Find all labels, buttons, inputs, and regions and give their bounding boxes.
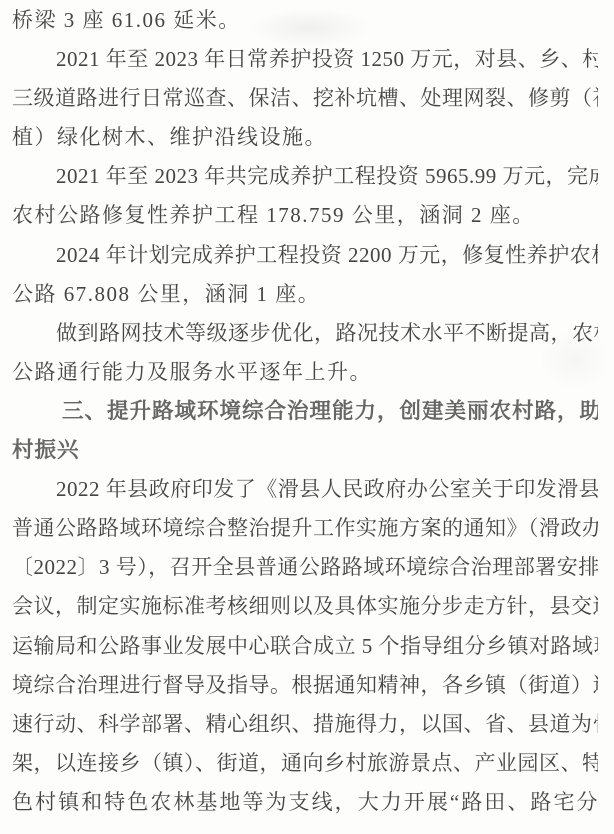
document-line: 运输局和公路事业发展中心联合成立 5 个指导组分乡镇对路域环 [12,627,598,666]
document-line: 做到路网技术等级逐步优化，路况技术水平不断提高，农村 [12,314,598,353]
document-line: 普通公路路域环境综合整治提升工作实施方案的通知》（滑政办 [12,509,598,548]
document-line: 境综合治理进行督导及指导。根据通知精神，各乡镇（街道）迅 [12,666,598,705]
document-line: 公路 67.808 公里，涵洞 1 座。 [12,275,598,314]
document-line: 2021 年至 2023 年共完成养护工程投资 5965.99 万元，完成 [12,157,598,196]
document-line: 公路通行能力及服务水平逐年上升。 [12,353,598,392]
document-line: 〔2022〕3 号），召开全县普通公路路域环境综合治理部署安排 [12,548,598,587]
document-line: 速行动、科学部署、精心组织、措施得力，以国、省、县道为骨 [12,705,598,744]
document-line: 农村公路修复性养护工程 178.759 公里，涵洞 2 座。 [12,196,598,235]
document-page: 桥梁 3 座 61.06 延米。 2021 年至 2023 年日常养护投资 12… [0,0,614,834]
document-line: 植）绿化树木、维护沿线设施。 [12,118,598,157]
document-line: 桥梁 3 座 61.06 延米。 [12,1,598,40]
document-line: 2022 年县政府印发了《滑县人民政府办公室关于印发滑县 [12,470,598,509]
document-line: 2021 年至 2023 年日常养护投资 1250 万元，对县、乡、村 [12,40,598,79]
document-line: 色村镇和特色农林基地等为支线，大力开展“路田、路宅分 [12,783,598,822]
document-line: 架，以连接乡（镇）、街道，通向乡村旅游景点、产业园区、特 [12,744,598,783]
section-heading-line: 村振兴 [12,431,598,470]
document-line: 2024 年计划完成养护工程投资 2200 万元，修复性养护农村 [12,236,598,275]
document-line: 会议，制定实施标准考核细则以及具体实施分步走方针，县交通 [12,587,598,626]
section-heading-line: 三、提升路域环境综合治理能力，创建美丽农村路，助力乡 [12,392,598,431]
document-line: 三级道路进行日常巡查、保洁、挖补坑槽、处理网裂、修剪（补 [12,79,598,118]
